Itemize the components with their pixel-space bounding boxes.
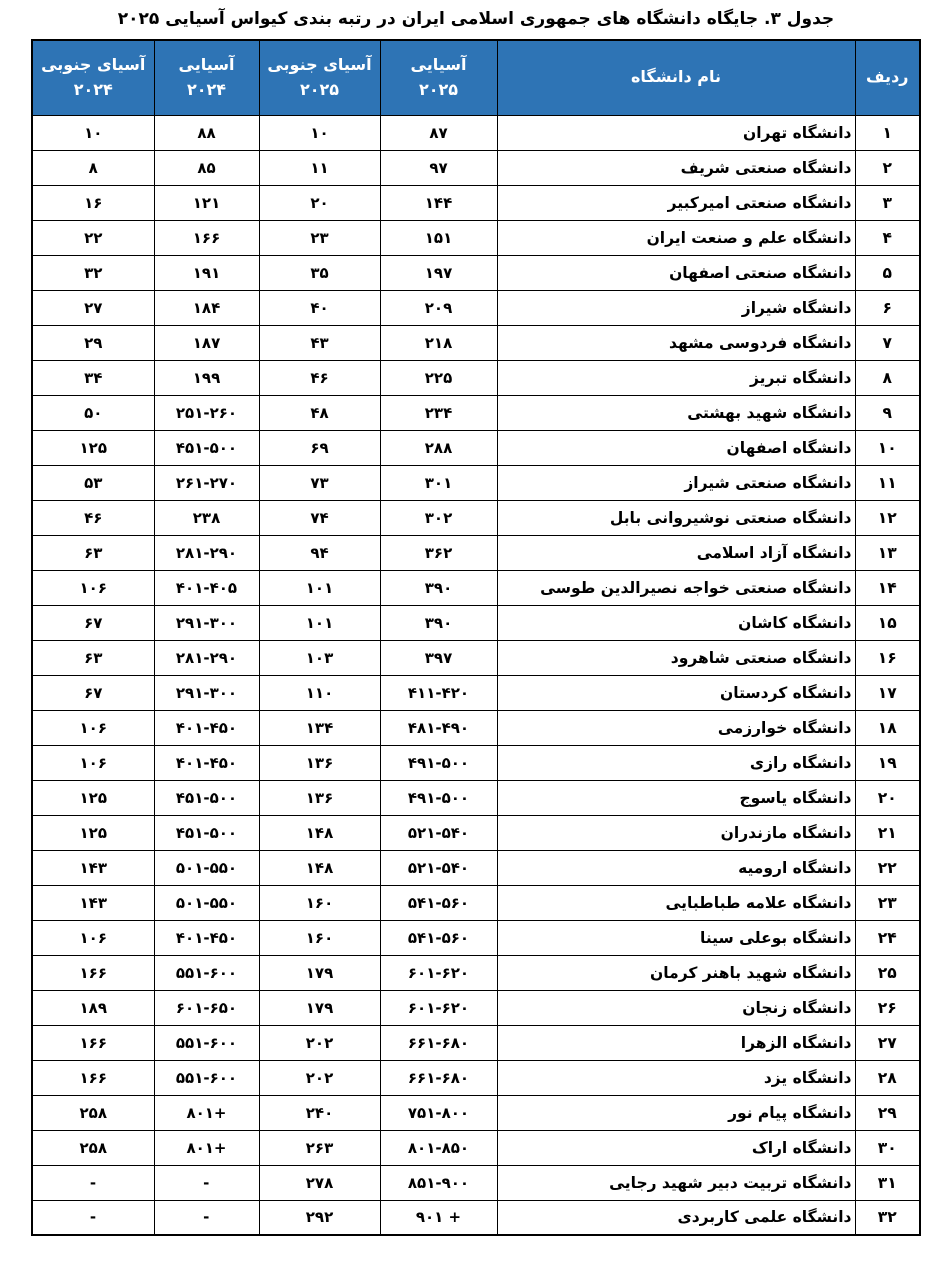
asia2025-rank-cell: ۶۰۱-۶۲۰ [380, 990, 497, 1025]
university-name-cell: دانشگاه ارومیه [497, 850, 855, 885]
row-number-cell: ۲۲ [855, 850, 920, 885]
header-year: ۲۰۲۵ [383, 78, 495, 103]
sasia2025-rank-cell: ۴۳ [259, 325, 380, 360]
asia2024-rank-cell: ۱۶۶ [154, 220, 259, 255]
asia2025-rank-cell: ۵۴۱-۵۶۰ [380, 920, 497, 955]
university-name-cell: دانشگاه پیام نور [497, 1095, 855, 1130]
table-row: ۲۶دانشگاه زنجان۶۰۱-۶۲۰۱۷۹۶۰۱-۶۵۰۱۸۹ [32, 990, 920, 1025]
ranking-table: ردیف نام دانشگاه آسیایی ۲۰۲۵ آسیای جنوبی… [31, 39, 921, 1236]
sasia2024-rank-cell: ۳۲ [32, 255, 154, 290]
sasia2025-rank-cell: ۱۰۱ [259, 570, 380, 605]
header-label: آسیای جنوبی [267, 55, 371, 74]
asia2024-rank-cell: ۴۰۱-۴۵۰ [154, 710, 259, 745]
table-row: ۱۰دانشگاه اصفهان۲۸۸۶۹۴۵۱-۵۰۰۱۲۵ [32, 430, 920, 465]
sasia2024-rank-cell: ۱۶۶ [32, 1060, 154, 1095]
asia2024-rank-cell: ۶۰۱-۶۵۰ [154, 990, 259, 1025]
table-row: ۴دانشگاه علم و صنعت ایران۱۵۱۲۳۱۶۶۲۲ [32, 220, 920, 255]
sasia2024-rank-cell: ۵۰ [32, 395, 154, 430]
table-row: ۱۲دانشگاه صنعتی نوشیروانی بابل۳۰۲۷۴۲۳۸۴۶ [32, 500, 920, 535]
sasia2025-rank-cell: ۴۶ [259, 360, 380, 395]
asia2024-rank-cell: ۸۰۱+ [154, 1095, 259, 1130]
table-row: ۲۹دانشگاه پیام نور۷۵۱-۸۰۰۲۴۰۸۰۱+۲۵۸ [32, 1095, 920, 1130]
university-name-cell: دانشگاه صنعتی شاهرود [497, 640, 855, 675]
row-number-cell: ۲۸ [855, 1060, 920, 1095]
sasia2024-rank-cell: ۱۶ [32, 185, 154, 220]
sasia2025-rank-cell: ۲۰۲ [259, 1060, 380, 1095]
sasia2025-rank-cell: ۲۰۲ [259, 1025, 380, 1060]
asia2024-rank-cell: ۴۰۱-۴۵۰ [154, 920, 259, 955]
asia2025-rank-cell: ۲۸۸ [380, 430, 497, 465]
sasia2024-rank-cell: ۶۷ [32, 675, 154, 710]
asia2024-rank-cell: ۵۰۱-۵۵۰ [154, 850, 259, 885]
sasia2025-rank-cell: ۲۶۳ [259, 1130, 380, 1165]
sasia2025-rank-cell: ۱۷۹ [259, 990, 380, 1025]
university-name-cell: دانشگاه علم و صنعت ایران [497, 220, 855, 255]
asia2025-rank-cell: ۶۰۱-۶۲۰ [380, 955, 497, 990]
asia2024-rank-cell: ۴۵۱-۵۰۰ [154, 815, 259, 850]
university-name-cell: دانشگاه صنعتی شیراز [497, 465, 855, 500]
asia2025-rank-cell: ۴۱۱-۴۲۰ [380, 675, 497, 710]
university-name-cell: دانشگاه صنعتی امیرکبیر [497, 185, 855, 220]
sasia2024-rank-cell: ۲۹ [32, 325, 154, 360]
table-row: ۱۵دانشگاه کاشان۳۹۰۱۰۱۲۹۱-۳۰۰۶۷ [32, 605, 920, 640]
header-row: ردیف نام دانشگاه آسیایی ۲۰۲۵ آسیای جنوبی… [32, 40, 920, 115]
header-cell-university-name: نام دانشگاه [497, 40, 855, 115]
row-number-cell: ۱۴ [855, 570, 920, 605]
asia2025-rank-cell: ۸۷ [380, 115, 497, 150]
asia2025-rank-cell: ۲۰۹ [380, 290, 497, 325]
row-number-cell: ۳۱ [855, 1165, 920, 1200]
sasia2025-rank-cell: ۴۰ [259, 290, 380, 325]
header-label: نام دانشگاه [631, 67, 721, 86]
table-row: ۲۸دانشگاه یزد۶۶۱-۶۸۰۲۰۲۵۵۱-۶۰۰۱۶۶ [32, 1060, 920, 1095]
table-row: ۱۸دانشگاه خوارزمی۴۸۱-۴۹۰۱۳۴۴۰۱-۴۵۰۱۰۶ [32, 710, 920, 745]
table-row: ۱دانشگاه تهران۸۷۱۰۸۸۱۰ [32, 115, 920, 150]
university-name-cell: دانشگاه علمی کاربردی [497, 1200, 855, 1235]
university-name-cell: دانشگاه بوعلی سینا [497, 920, 855, 955]
asia2025-rank-cell: ۵۲۱-۵۴۰ [380, 815, 497, 850]
asia2025-rank-cell: ۹۰۱ + [380, 1200, 497, 1235]
header-year: ۲۰۲۵ [262, 78, 378, 103]
university-name-cell: دانشگاه شیراز [497, 290, 855, 325]
table-row: ۱۴دانشگاه صنعتی خواجه نصیرالدین طوسی۳۹۰۱… [32, 570, 920, 605]
asia2024-rank-cell: ۲۸۱-۲۹۰ [154, 640, 259, 675]
row-number-cell: ۱ [855, 115, 920, 150]
university-name-cell: دانشگاه فردوسی مشهد [497, 325, 855, 360]
row-number-cell: ۵ [855, 255, 920, 290]
sasia2025-rank-cell: ۱۱ [259, 150, 380, 185]
sasia2025-rank-cell: ۹۴ [259, 535, 380, 570]
sasia2024-rank-cell: ۱۸۹ [32, 990, 154, 1025]
sasia2025-rank-cell: ۴۸ [259, 395, 380, 430]
sasia2025-rank-cell: ۷۴ [259, 500, 380, 535]
sasia2024-rank-cell: ۸ [32, 150, 154, 185]
asia2024-rank-cell: ۵۵۱-۶۰۰ [154, 1025, 259, 1060]
row-number-cell: ۹ [855, 395, 920, 430]
header-cell-asian-2025: آسیایی ۲۰۲۵ [380, 40, 497, 115]
university-name-cell: دانشگاه الزهرا [497, 1025, 855, 1060]
asia2024-rank-cell: ۲۵۱-۲۶۰ [154, 395, 259, 430]
table-row: ۲۴دانشگاه بوعلی سینا۵۴۱-۵۶۰۱۶۰۴۰۱-۴۵۰۱۰۶ [32, 920, 920, 955]
university-name-cell: دانشگاه صنعتی خواجه نصیرالدین طوسی [497, 570, 855, 605]
table-row: ۳۱دانشگاه تربیت دبیر شهید رجایی۸۵۱-۹۰۰۲۷… [32, 1165, 920, 1200]
table-row: ۷دانشگاه فردوسی مشهد۲۱۸۴۳۱۸۷۲۹ [32, 325, 920, 360]
asia2025-rank-cell: ۲۲۵ [380, 360, 497, 395]
row-number-cell: ۲۴ [855, 920, 920, 955]
sasia2025-rank-cell: ۱۳۴ [259, 710, 380, 745]
sasia2024-rank-cell: ۲۵۸ [32, 1095, 154, 1130]
table-row: ۱۱دانشگاه صنعتی شیراز۳۰۱۷۳۲۶۱-۲۷۰۵۳ [32, 465, 920, 500]
asia2024-rank-cell: ۸۸ [154, 115, 259, 150]
asia2025-rank-cell: ۹۷ [380, 150, 497, 185]
row-number-cell: ۲۳ [855, 885, 920, 920]
asia2025-rank-cell: ۶۶۱-۶۸۰ [380, 1025, 497, 1060]
sasia2025-rank-cell: ۷۳ [259, 465, 380, 500]
asia2024-rank-cell: ۵۵۱-۶۰۰ [154, 955, 259, 990]
row-number-cell: ۲۰ [855, 780, 920, 815]
header-cell-south-asia-2024: آسیای جنوبی ۲۰۲۴ [32, 40, 154, 115]
sasia2025-rank-cell: ۱۰ [259, 115, 380, 150]
sasia2025-rank-cell: ۲۴۰ [259, 1095, 380, 1130]
sasia2024-rank-cell: ۲۵۸ [32, 1130, 154, 1165]
sasia2024-rank-cell: ۱۰ [32, 115, 154, 150]
sasia2025-rank-cell: ۶۹ [259, 430, 380, 465]
university-name-cell: دانشگاه علامه طباطبایی [497, 885, 855, 920]
table-row: ۲۳دانشگاه علامه طباطبایی۵۴۱-۵۶۰۱۶۰۵۰۱-۵۵… [32, 885, 920, 920]
sasia2024-rank-cell: ۱۰۶ [32, 570, 154, 605]
asia2025-rank-cell: ۷۵۱-۸۰۰ [380, 1095, 497, 1130]
table-row: ۳۰دانشگاه اراک۸۰۱-۸۵۰۲۶۳۸۰۱+۲۵۸ [32, 1130, 920, 1165]
table-row: ۳۲دانشگاه علمی کاربردی۹۰۱ +۲۹۲-- [32, 1200, 920, 1235]
asia2025-rank-cell: ۱۴۴ [380, 185, 497, 220]
asia2025-rank-cell: ۳۹۰ [380, 605, 497, 640]
sasia2025-rank-cell: ۱۳۶ [259, 745, 380, 780]
sasia2024-rank-cell: ۱۰۶ [32, 920, 154, 955]
sasia2025-rank-cell: ۱۶۰ [259, 885, 380, 920]
asia2024-rank-cell: ۱۹۹ [154, 360, 259, 395]
sasia2025-rank-cell: ۱۱۰ [259, 675, 380, 710]
sasia2024-rank-cell: ۱۴۳ [32, 885, 154, 920]
sasia2025-rank-cell: ۳۵ [259, 255, 380, 290]
asia2024-rank-cell: ۲۹۱-۳۰۰ [154, 605, 259, 640]
university-name-cell: دانشگاه رازی [497, 745, 855, 780]
university-name-cell: دانشگاه شهید باهنر کرمان [497, 955, 855, 990]
table-row: ۲۱دانشگاه مازندران۵۲۱-۵۴۰۱۴۸۴۵۱-۵۰۰۱۲۵ [32, 815, 920, 850]
sasia2025-rank-cell: ۱۷۹ [259, 955, 380, 990]
asia2025-rank-cell: ۳۹۰ [380, 570, 497, 605]
asia2025-rank-cell: ۳۹۷ [380, 640, 497, 675]
asia2025-rank-cell: ۱۹۷ [380, 255, 497, 290]
row-number-cell: ۷ [855, 325, 920, 360]
row-number-cell: ۱۸ [855, 710, 920, 745]
university-name-cell: دانشگاه آزاد اسلامی [497, 535, 855, 570]
sasia2025-rank-cell: ۲۹۲ [259, 1200, 380, 1235]
table-row: ۱۹دانشگاه رازی۴۹۱-۵۰۰۱۳۶۴۰۱-۴۵۰۱۰۶ [32, 745, 920, 780]
sasia2024-rank-cell: ۱۶۶ [32, 955, 154, 990]
row-number-cell: ۲۷ [855, 1025, 920, 1060]
asia2025-rank-cell: ۵۲۱-۵۴۰ [380, 850, 497, 885]
sasia2025-rank-cell: ۲۳ [259, 220, 380, 255]
table-row: ۳دانشگاه صنعتی امیرکبیر۱۴۴۲۰۱۲۱۱۶ [32, 185, 920, 220]
table-row: ۱۶دانشگاه صنعتی شاهرود۳۹۷۱۰۳۲۸۱-۲۹۰۶۳ [32, 640, 920, 675]
asia2024-rank-cell: ۲۶۱-۲۷۰ [154, 465, 259, 500]
sasia2024-rank-cell: ۱۲۵ [32, 780, 154, 815]
sasia2024-rank-cell: ۱۶۶ [32, 1025, 154, 1060]
asia2025-rank-cell: ۴۸۱-۴۹۰ [380, 710, 497, 745]
row-number-cell: ۲۵ [855, 955, 920, 990]
asia2024-rank-cell: - [154, 1200, 259, 1235]
sasia2025-rank-cell: ۱۰۱ [259, 605, 380, 640]
asia2025-rank-cell: ۱۵۱ [380, 220, 497, 255]
university-name-cell: دانشگاه اراک [497, 1130, 855, 1165]
row-number-cell: ۴ [855, 220, 920, 255]
header-cell-rank: ردیف [855, 40, 920, 115]
asia2024-rank-cell: ۴۵۱-۵۰۰ [154, 780, 259, 815]
university-name-cell: دانشگاه اصفهان [497, 430, 855, 465]
table-title: جدول ۳. جایگاه دانشگاه های جمهوری اسلامی… [0, 0, 952, 37]
asia2024-rank-cell: ۱۹۱ [154, 255, 259, 290]
row-number-cell: ۱۲ [855, 500, 920, 535]
row-number-cell: ۳۰ [855, 1130, 920, 1165]
sasia2025-rank-cell: ۲۷۸ [259, 1165, 380, 1200]
sasia2024-rank-cell: - [32, 1165, 154, 1200]
university-name-cell: دانشگاه زنجان [497, 990, 855, 1025]
asia2025-rank-cell: ۶۶۱-۶۸۰ [380, 1060, 497, 1095]
sasia2024-rank-cell: ۶۳ [32, 535, 154, 570]
row-number-cell: ۲۶ [855, 990, 920, 1025]
university-name-cell: دانشگاه تهران [497, 115, 855, 150]
asia2025-rank-cell: ۸۵۱-۹۰۰ [380, 1165, 497, 1200]
asia2024-rank-cell: ۲۹۱-۳۰۰ [154, 675, 259, 710]
asia2025-rank-cell: ۴۹۱-۵۰۰ [380, 745, 497, 780]
sasia2024-rank-cell: ۵۳ [32, 465, 154, 500]
university-name-cell: دانشگاه کاشان [497, 605, 855, 640]
row-number-cell: ۱۱ [855, 465, 920, 500]
table-row: ۲۵دانشگاه شهید باهنر کرمان۶۰۱-۶۲۰۱۷۹۵۵۱-… [32, 955, 920, 990]
sasia2024-rank-cell: ۲۲ [32, 220, 154, 255]
header-cell-asian-2024: آسیایی ۲۰۲۴ [154, 40, 259, 115]
sasia2025-rank-cell: ۱۰۳ [259, 640, 380, 675]
asia2024-rank-cell: ۱۸۴ [154, 290, 259, 325]
header-cell-south-asia-2025: آسیای جنوبی ۲۰۲۵ [259, 40, 380, 115]
asia2025-rank-cell: ۲۳۴ [380, 395, 497, 430]
row-number-cell: ۱۹ [855, 745, 920, 780]
sasia2024-rank-cell: ۳۴ [32, 360, 154, 395]
sasia2024-rank-cell: ۱۴۳ [32, 850, 154, 885]
university-name-cell: دانشگاه یزد [497, 1060, 855, 1095]
document-page: جدول ۳. جایگاه دانشگاه های جمهوری اسلامی… [0, 0, 952, 1280]
asia2025-rank-cell: ۳۰۱ [380, 465, 497, 500]
row-number-cell: ۳ [855, 185, 920, 220]
sasia2025-rank-cell: ۱۴۸ [259, 815, 380, 850]
university-name-cell: دانشگاه تربیت دبیر شهید رجایی [497, 1165, 855, 1200]
row-number-cell: ۲ [855, 150, 920, 185]
asia2025-rank-cell: ۴۹۱-۵۰۰ [380, 780, 497, 815]
university-name-cell: دانشگاه تبریز [497, 360, 855, 395]
university-name-cell: دانشگاه صنعتی نوشیروانی بابل [497, 500, 855, 535]
table-row: ۲۷دانشگاه الزهرا۶۶۱-۶۸۰۲۰۲۵۵۱-۶۰۰۱۶۶ [32, 1025, 920, 1060]
row-number-cell: ۸ [855, 360, 920, 395]
table-row: ۲دانشگاه صنعتی شریف۹۷۱۱۸۵۸ [32, 150, 920, 185]
row-number-cell: ۳۲ [855, 1200, 920, 1235]
row-number-cell: ۱۷ [855, 675, 920, 710]
row-number-cell: ۱۰ [855, 430, 920, 465]
table-row: ۵دانشگاه صنعتی اصفهان۱۹۷۳۵۱۹۱۳۲ [32, 255, 920, 290]
asia2024-rank-cell: - [154, 1165, 259, 1200]
university-name-cell: دانشگاه خوارزمی [497, 710, 855, 745]
university-name-cell: دانشگاه صنعتی اصفهان [497, 255, 855, 290]
sasia2025-rank-cell: ۱۳۶ [259, 780, 380, 815]
sasia2024-rank-cell: - [32, 1200, 154, 1235]
row-number-cell: ۱۶ [855, 640, 920, 675]
table-row: ۹دانشگاه شهید بهشتی۲۳۴۴۸۲۵۱-۲۶۰۵۰ [32, 395, 920, 430]
row-number-cell: ۶ [855, 290, 920, 325]
sasia2024-rank-cell: ۱۰۶ [32, 745, 154, 780]
asia2024-rank-cell: ۵۰۱-۵۵۰ [154, 885, 259, 920]
sasia2024-rank-cell: ۴۶ [32, 500, 154, 535]
asia2024-rank-cell: ۵۵۱-۶۰۰ [154, 1060, 259, 1095]
sasia2025-rank-cell: ۱۶۰ [259, 920, 380, 955]
university-name-cell: دانشگاه مازندران [497, 815, 855, 850]
sasia2024-rank-cell: ۶۷ [32, 605, 154, 640]
asia2024-rank-cell: ۱۲۱ [154, 185, 259, 220]
asia2024-rank-cell: ۴۰۱-۴۰۵ [154, 570, 259, 605]
header-year: ۲۰۲۴ [35, 78, 152, 103]
header-label: آسیایی [179, 55, 235, 74]
table-header: ردیف نام دانشگاه آسیایی ۲۰۲۵ آسیای جنوبی… [32, 40, 920, 115]
table-row: ۱۷دانشگاه کردستان۴۱۱-۴۲۰۱۱۰۲۹۱-۳۰۰۶۷ [32, 675, 920, 710]
asia2025-rank-cell: ۳۰۲ [380, 500, 497, 535]
asia2024-rank-cell: ۱۸۷ [154, 325, 259, 360]
asia2024-rank-cell: ۲۳۸ [154, 500, 259, 535]
sasia2024-rank-cell: ۶۳ [32, 640, 154, 675]
university-name-cell: دانشگاه صنعتی شریف [497, 150, 855, 185]
university-name-cell: دانشگاه شهید بهشتی [497, 395, 855, 430]
sasia2024-rank-cell: ۲۷ [32, 290, 154, 325]
sasia2025-rank-cell: ۲۰ [259, 185, 380, 220]
university-name-cell: دانشگاه یاسوج [497, 780, 855, 815]
asia2025-rank-cell: ۳۶۲ [380, 535, 497, 570]
asia2025-rank-cell: ۵۴۱-۵۶۰ [380, 885, 497, 920]
sasia2025-rank-cell: ۱۴۸ [259, 850, 380, 885]
asia2025-rank-cell: ۸۰۱-۸۵۰ [380, 1130, 497, 1165]
header-label: ردیف [866, 67, 908, 86]
asia2024-rank-cell: ۴۰۱-۴۵۰ [154, 745, 259, 780]
asia2024-rank-cell: ۲۸۱-۲۹۰ [154, 535, 259, 570]
table-row: ۱۳دانشگاه آزاد اسلامی۳۶۲۹۴۲۸۱-۲۹۰۶۳ [32, 535, 920, 570]
table-body: ۱دانشگاه تهران۸۷۱۰۸۸۱۰۲دانشگاه صنعتی شری… [32, 115, 920, 1235]
row-number-cell: ۱۵ [855, 605, 920, 640]
header-year: ۲۰۲۴ [157, 78, 257, 103]
row-number-cell: ۱۳ [855, 535, 920, 570]
table-row: ۲۲دانشگاه ارومیه۵۲۱-۵۴۰۱۴۸۵۰۱-۵۵۰۱۴۳ [32, 850, 920, 885]
asia2024-rank-cell: ۴۵۱-۵۰۰ [154, 430, 259, 465]
asia2024-rank-cell: ۸۰۱+ [154, 1130, 259, 1165]
sasia2024-rank-cell: ۱۲۵ [32, 815, 154, 850]
header-label: آسیایی [411, 55, 467, 74]
table-row: ۲۰دانشگاه یاسوج۴۹۱-۵۰۰۱۳۶۴۵۱-۵۰۰۱۲۵ [32, 780, 920, 815]
row-number-cell: ۲۹ [855, 1095, 920, 1130]
sasia2024-rank-cell: ۱۰۶ [32, 710, 154, 745]
asia2025-rank-cell: ۲۱۸ [380, 325, 497, 360]
row-number-cell: ۲۱ [855, 815, 920, 850]
header-label: آسیای جنوبی [41, 55, 145, 74]
asia2024-rank-cell: ۸۵ [154, 150, 259, 185]
university-name-cell: دانشگاه کردستان [497, 675, 855, 710]
table-row: ۸دانشگاه تبریز۲۲۵۴۶۱۹۹۳۴ [32, 360, 920, 395]
sasia2024-rank-cell: ۱۲۵ [32, 430, 154, 465]
table-row: ۶دانشگاه شیراز۲۰۹۴۰۱۸۴۲۷ [32, 290, 920, 325]
